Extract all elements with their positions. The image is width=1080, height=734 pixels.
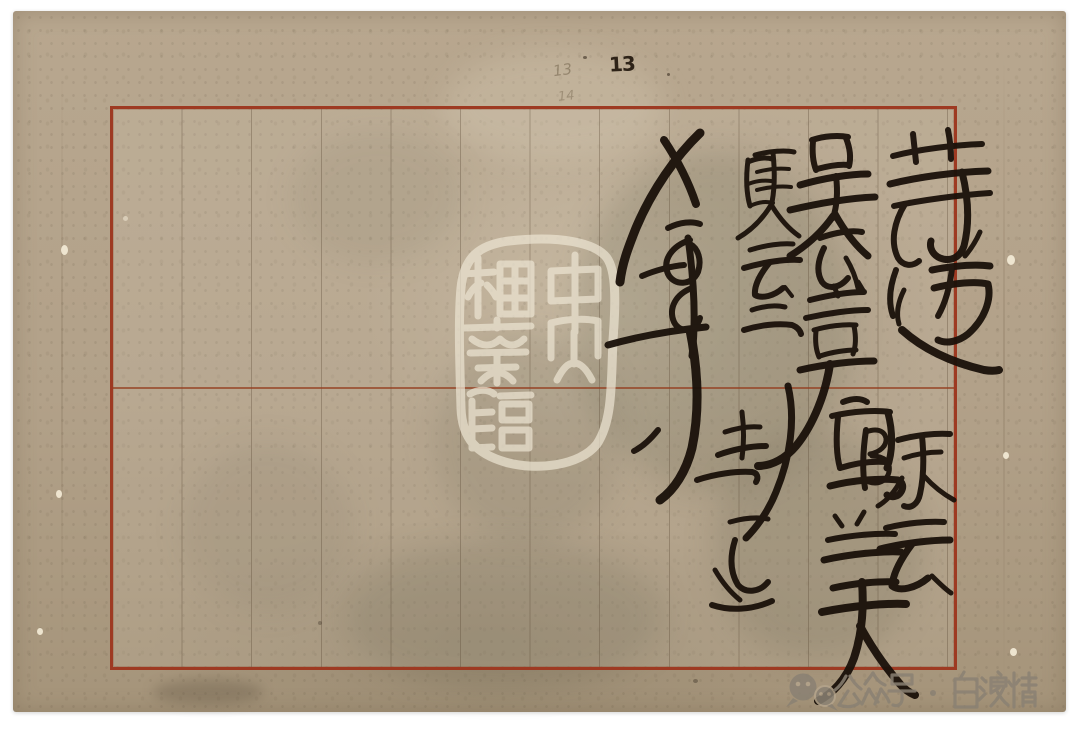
photo-background: 中央檔案館 公众号 · 白浪情 薄一波 吴玉章 张云逸 （草书签名） 陈云 乌兰… bbox=[0, 0, 1080, 734]
ink-fleck bbox=[583, 56, 587, 59]
red-ruled-border bbox=[110, 106, 957, 670]
paper-speck bbox=[1010, 648, 1017, 656]
paper-crease bbox=[1003, 51, 1005, 691]
pencil-page-number: 13 bbox=[552, 60, 573, 80]
paper-crease bbox=[61, 71, 63, 651]
paper-speck bbox=[123, 216, 128, 221]
paper-speck bbox=[56, 490, 62, 498]
middle-ruled-line bbox=[113, 387, 954, 389]
document-paper bbox=[13, 11, 1066, 712]
ink-fleck bbox=[693, 679, 698, 683]
paper-speck bbox=[37, 628, 43, 635]
ink-fleck bbox=[318, 621, 322, 625]
ink-fleck bbox=[667, 73, 670, 76]
pencil-page-number-2: 14 bbox=[557, 88, 575, 105]
paper-speck bbox=[61, 245, 68, 255]
ink-page-number: 13 bbox=[608, 51, 635, 76]
paper-speck bbox=[1007, 255, 1015, 265]
stain bbox=[153, 679, 263, 705]
paper-speck bbox=[1003, 452, 1009, 459]
